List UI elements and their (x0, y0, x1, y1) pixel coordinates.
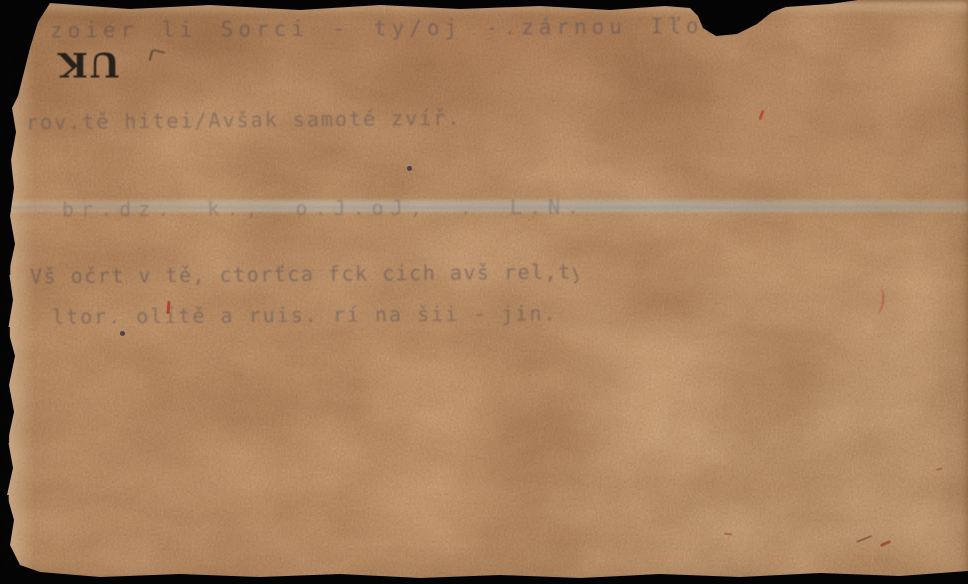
ink-dot (407, 166, 412, 171)
ghost-typewriter-line: Vš očrt v tě, ctorťca fck cich avš rel,t… (30, 260, 578, 289)
ink-dot (120, 331, 125, 336)
fiber-fleck (856, 535, 872, 543)
scan-background: UK zoier li Sorci - ty/oj -.zárnou Iľotâ… (0, 0, 968, 584)
fiber-fleck (880, 540, 891, 547)
ink-mark (149, 48, 165, 63)
fiber-fleck (936, 467, 943, 471)
fiber-fleck (724, 532, 732, 535)
ghost-typewriter-line: zoier li Sorci - ty/oj -.zárnou Iľotâ (50, 13, 816, 42)
ghost-typewriter-line: ltor. olítě a ruis. rí na šii - jin. (52, 301, 566, 329)
torn-edge-highlight-top (0, 2, 968, 16)
ghost-typewriter-line: br.dz. k., o.J.oJ, . L.N. (62, 195, 634, 222)
paper-fragment: UK zoier li Sorci - ty/oj -.zárnou Iľotâ… (0, 0, 968, 584)
fiber-fleck-curve (870, 287, 886, 314)
fiber-fleck (758, 110, 764, 120)
uk-stamp: UK (56, 42, 120, 86)
paper-texture (0, 0, 968, 584)
ghost-typewriter-line: rov.tě hitei/Avšak samoté zvíř. t (26, 106, 468, 135)
